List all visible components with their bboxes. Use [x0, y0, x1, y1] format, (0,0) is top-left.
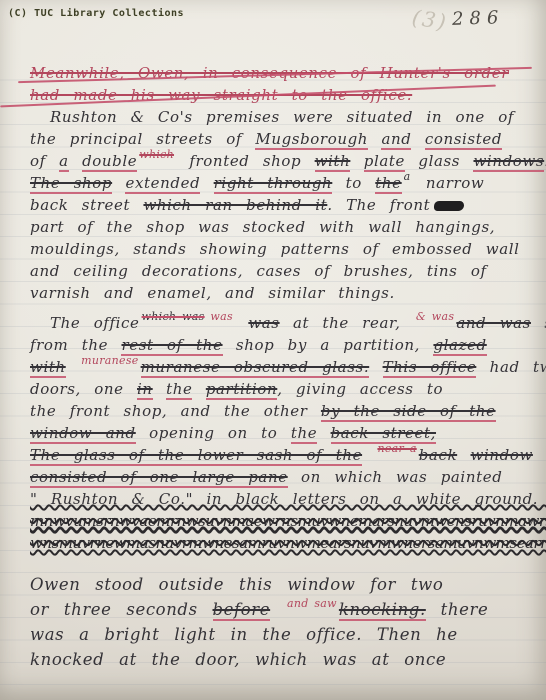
black-ink-text: was: [248, 314, 279, 332]
black-ink-text: [457, 446, 470, 464]
manuscript-line: mnwvumsrnwvaemrnwsuvnmaewrnsmuvwnemarsnu…: [30, 510, 536, 532]
black-ink-text: or three seconds: [30, 600, 213, 619]
black-ink-text: [200, 174, 213, 192]
black-ink-text: mouldings, stands showing patterns of em…: [30, 240, 520, 258]
manuscript-line: was a bright light in the office. Then h…: [30, 622, 536, 647]
black-ink-text: a: [59, 152, 69, 172]
manuscript-line: wnsmuvrnewmasnuvrmwnesamruvnwmearsnuvmwn…: [30, 532, 536, 554]
black-ink-text: to: [332, 174, 375, 192]
black-ink-text: [69, 152, 82, 170]
black-ink-text: part of the shop was stocked with wall h…: [30, 218, 495, 236]
manuscript-line: " Rushton & Co." in black letters on a w…: [30, 488, 536, 510]
manuscript-line: of a doublewhich fronted shop with plate…: [30, 150, 536, 172]
black-ink-text: glazed: [433, 336, 486, 356]
manuscript-line: The officewhich was was was at the rear,…: [30, 312, 536, 334]
black-ink-text: narrow: [413, 174, 485, 192]
black-ink-text: [411, 130, 424, 148]
manuscript-line: from the rest of the shop by a partition…: [30, 334, 536, 356]
black-ink-text: double: [82, 152, 137, 172]
black-ink-text: [112, 174, 125, 192]
manuscript-line: consisted of one large pane on which was…: [30, 466, 536, 488]
manuscript-line: The glass of the lower sash of the near …: [30, 444, 536, 466]
black-ink-text: The shop: [30, 174, 112, 194]
red-ink-text: and saw: [287, 597, 337, 610]
black-ink-text: in: [137, 380, 153, 400]
manuscript-line: mouldings, stands showing patterns of em…: [30, 238, 536, 260]
black-ink-text: muranese obscured glass.: [141, 358, 370, 378]
black-ink-text: doors, one: [30, 380, 137, 398]
black-ink-text: varnish and enamel, and similar things.: [30, 284, 395, 302]
black-ink-text: [368, 130, 381, 148]
manuscript-line: the front shop, and the other by the sid…: [30, 400, 536, 422]
manuscript-line: Rushton & Co's premises were situated in…: [30, 106, 536, 128]
manuscript-line: doors, one in the partition, giving acce…: [30, 378, 536, 400]
black-ink-text: consisted: [425, 130, 502, 150]
black-ink-text: [350, 152, 363, 170]
black-ink-text: rest of the: [121, 336, 222, 356]
insertion-above-line: near a: [377, 442, 416, 455]
black-ink-text: back street: [30, 196, 143, 214]
black-ink-text: before: [213, 600, 271, 621]
black-ink-text: the: [166, 380, 192, 400]
manuscript-line: part of the shop was stocked with wall h…: [30, 216, 536, 238]
black-ink-text: and: [381, 130, 411, 150]
pencil-annotation: (3): [410, 5, 449, 34]
page-number: 286: [451, 7, 504, 30]
manuscript-line: back street which ran behind it. The fro…: [30, 194, 536, 216]
black-ink-text: consisted of one large pane: [30, 468, 288, 488]
black-ink-text: which ran behind it: [143, 196, 327, 214]
red-ink-text: & was: [416, 310, 454, 323]
black-ink-text: This office: [383, 358, 477, 378]
black-ink-text: window and: [30, 424, 136, 444]
manuscript-line: varnish and enamel, and similar things.: [30, 282, 536, 304]
black-ink-text: a: [404, 170, 411, 183]
black-ink-text: back street,: [331, 424, 436, 444]
black-ink-text: extended: [125, 174, 200, 194]
black-ink-text: had two: [476, 358, 546, 376]
manuscript-line: Owen stood outside this window for two: [30, 572, 536, 597]
black-ink-text: [362, 446, 375, 464]
watermark-label: (C) TUC Library Collections: [8, 8, 184, 19]
black-ink-text: and ceiling decorations, cases of brushe…: [30, 262, 487, 280]
insertion-above-line: and saw: [287, 597, 337, 610]
scribbled-out-line: wnsmuvrnewmasnuvrmwnesamruvnwmearsnuvmwn…: [30, 534, 546, 552]
black-ink-text: the front shop, and the other: [30, 402, 321, 420]
black-ink-text: glass: [405, 152, 473, 170]
manuscript-line: knocked at the door, which was at once: [30, 647, 536, 672]
insertion-above-line: & was: [416, 310, 454, 323]
black-ink-text: of: [30, 152, 59, 170]
black-ink-text: was a bright light in the office. Then h…: [30, 625, 458, 644]
black-ink-text: back: [419, 446, 457, 464]
red-ink-text: near a: [377, 442, 416, 455]
manuscript-line: with muranesemuranese obscured glass. Th…: [30, 356, 536, 378]
black-ink-text: the principal streets of: [30, 130, 255, 148]
scribbled-out-line: mnwvumsrnwvaemrnwsuvnmaewrnsmuvwnemarsnu…: [30, 512, 546, 530]
black-ink-text: knocking.: [339, 600, 426, 621]
manuscript-line: or three seconds before and sawknocking.…: [30, 597, 536, 622]
manuscript-line: and ceiling decorations, cases of brushe…: [30, 260, 536, 282]
black-ink-text: shop by a partition,: [223, 336, 434, 354]
black-ink-text: separated: [531, 314, 546, 332]
manuscript-line: window and opening on to the back street…: [30, 422, 536, 444]
black-ink-text: window: [471, 446, 533, 464]
red-ink-text: muranese: [81, 354, 138, 367]
black-ink-text: from the: [30, 336, 121, 354]
ink-blot: [434, 201, 464, 211]
manuscript-page: (C) TUC Library Collections (3) 286 Mean…: [0, 0, 546, 700]
black-ink-text: at the rear,: [280, 314, 414, 332]
manuscript-line: the principal streets of Mugsborough and…: [30, 128, 536, 150]
red-ink-text: which: [139, 148, 174, 161]
insertion-above-line: which: [139, 148, 174, 161]
black-ink-text: by the side of the: [321, 402, 496, 422]
insertion-above-line: a: [404, 170, 411, 183]
manuscript-text: Meanwhile, Owen, in consequence of Hunte…: [30, 62, 536, 672]
black-ink-text: fronted shop: [176, 152, 315, 170]
black-ink-text: on which was painted: [288, 468, 503, 486]
red-ink-text: Meanwhile, Owen, in consequence of Hunte…: [30, 64, 509, 82]
black-ink-text: [235, 314, 248, 332]
black-ink-text: partition: [206, 380, 277, 400]
black-ink-text: , giving access to: [277, 380, 443, 398]
black-ink-text: which was: [142, 310, 205, 323]
black-ink-text: Owen stood outside this window for two: [30, 575, 443, 594]
red-ink-text: was: [205, 310, 233, 323]
black-ink-text: The glass of the lower sash of the: [30, 446, 362, 466]
black-ink-text: and was: [456, 314, 531, 332]
black-ink-text: " Rushton & Co." in black letters on a w…: [30, 490, 538, 508]
insertion-above-line: muranese: [81, 354, 138, 367]
black-ink-text: Rushton & Co's premises were situated in…: [50, 108, 514, 126]
black-ink-text: [66, 358, 79, 376]
black-ink-text: windows: [473, 152, 544, 172]
black-ink-text: Mugsborough: [255, 130, 368, 150]
manuscript-line: had made his way straight to the office.: [30, 84, 536, 106]
black-ink-text: opening on to: [136, 424, 291, 442]
black-ink-text: The office: [50, 314, 140, 332]
black-ink-text: there: [426, 600, 489, 619]
black-ink-text: plate: [364, 152, 405, 172]
insertion-above-line: which was was: [142, 310, 233, 323]
black-ink-text: . The front: [327, 196, 430, 214]
manuscript-line: The shop extended right through to thea …: [30, 172, 536, 194]
manuscript-line: Meanwhile, Owen, in consequence of Hunte…: [30, 62, 536, 84]
black-ink-text: [317, 424, 330, 442]
black-ink-text: [270, 600, 285, 619]
red-ink-text: had made his way straight to the office.: [30, 86, 412, 104]
black-ink-text: with: [315, 152, 351, 172]
black-ink-text: [369, 358, 382, 376]
black-ink-text: with: [30, 358, 66, 378]
black-ink-text: [153, 380, 166, 398]
black-ink-text: [192, 380, 205, 398]
black-ink-text: the: [375, 174, 401, 194]
black-ink-text: knocked at the door, which was at once: [30, 650, 446, 669]
black-ink-text: right through: [214, 174, 333, 194]
black-ink-text: the: [291, 424, 317, 444]
